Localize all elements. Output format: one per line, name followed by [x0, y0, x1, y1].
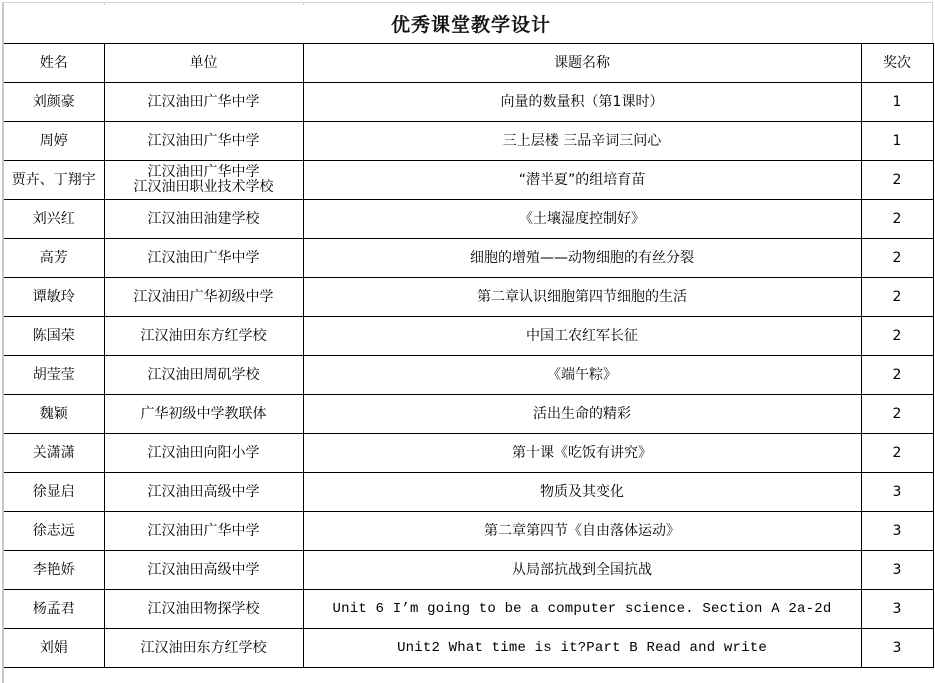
cell-unit[interactable]: 江汉油田油建学校 — [104, 200, 303, 239]
cell-unit[interactable]: 江汉油田广华中学 — [104, 239, 303, 278]
cell-unit[interactable]: 江汉油田广华中学江汉油田职业技术学校 — [104, 161, 303, 200]
cell-name[interactable]: 刘颜豪 — [4, 83, 104, 122]
header-topic[interactable]: 课题名称 — [303, 44, 861, 83]
cell-name[interactable]: 周婷 — [4, 122, 104, 161]
unit-line: 江汉油田广华中学 — [148, 133, 260, 149]
unit-line: 江汉油田广华中学 — [148, 94, 260, 110]
cell-topic[interactable]: Unit 6 I’m going to be a computer scienc… — [303, 590, 861, 629]
cell-name[interactable]: 高芳 — [4, 239, 104, 278]
cell-award[interactable]: 2 — [861, 239, 933, 278]
table-row: 关潇潇江汉油田向阳小学第十课《吃饭有讲究》2 — [4, 434, 933, 473]
cell-name[interactable]: 刘兴红 — [4, 200, 104, 239]
header-award[interactable]: 奖次 — [861, 44, 933, 83]
table-body: 刘颜豪江汉油田广华中学向量的数量积（第1课时）1周婷江汉油田广华中学三上层楼 三… — [4, 83, 933, 668]
table-row: 谭敏玲江汉油田广华初级中学第二章认识细胞第四节细胞的生活2 — [4, 278, 933, 317]
cell-award[interactable]: 2 — [861, 317, 933, 356]
cell-topic[interactable]: “潜半夏”的组培育苗 — [303, 161, 861, 200]
cell-name[interactable]: 谭敏玲 — [4, 278, 104, 317]
table-row: 李艳娇江汉油田高级中学从局部抗战到全国抗战3 — [4, 551, 933, 590]
page-title: 优秀课堂教学设计 — [391, 10, 551, 37]
cell-topic[interactable]: 第二章第四节《自由落体运动》 — [303, 512, 861, 551]
cell-topic[interactable]: 细胞的增殖——动物细胞的有丝分裂 — [303, 239, 861, 278]
header-name[interactable]: 姓名 — [4, 44, 104, 83]
cell-award[interactable]: 3 — [861, 629, 933, 668]
cell-award[interactable]: 3 — [861, 551, 933, 590]
cell-unit[interactable]: 江汉油田高级中学 — [104, 473, 303, 512]
cell-topic[interactable]: 中国工农红军长征 — [303, 317, 861, 356]
cell-unit[interactable]: 江汉油田广华中学 — [104, 83, 303, 122]
cell-unit[interactable]: 江汉油田广华初级中学 — [104, 278, 303, 317]
cell-unit[interactable]: 江汉油田东方红学校 — [104, 317, 303, 356]
table-row: 刘兴红江汉油田油建学校《土壤湿度控制好》2 — [4, 200, 933, 239]
unit-line: 江汉油田广华中学 — [148, 523, 260, 539]
spreadsheet: 优秀课堂教学设计 姓名 单位 课题名称 奖次 刘颜豪江汉油田广华中学向量的数量积… — [2, 2, 933, 683]
unit-line: 江汉油田向阳小学 — [148, 445, 260, 461]
table-row: 刘娟江汉油田东方红学校Unit2 What time is it?Part B … — [4, 629, 933, 668]
cell-topic[interactable]: 第二章认识细胞第四节细胞的生活 — [303, 278, 861, 317]
unit-line: 广华初级中学教联体 — [141, 406, 267, 422]
cell-award[interactable]: 2 — [861, 434, 933, 473]
unit-line: 江汉油田广华中学 — [148, 250, 260, 266]
table-row: 胡莹莹江汉油田周矶学校《端午粽》2 — [4, 356, 933, 395]
cell-award[interactable]: 2 — [861, 278, 933, 317]
unit-line: 江汉油田广华中学 — [105, 165, 303, 180]
cell-name[interactable]: 李艳娇 — [4, 551, 104, 590]
cell-name[interactable]: 杨孟君 — [4, 590, 104, 629]
table-row: 高芳江汉油田广华中学细胞的增殖——动物细胞的有丝分裂2 — [4, 239, 933, 278]
cell-topic[interactable]: 物质及其变化 — [303, 473, 861, 512]
cell-award[interactable]: 3 — [861, 512, 933, 551]
cell-unit[interactable]: 江汉油田周矶学校 — [104, 356, 303, 395]
cell-topic[interactable]: 《土壤湿度控制好》 — [303, 200, 861, 239]
title-cell[interactable]: 优秀课堂教学设计 — [4, 3, 933, 43]
table-row: 贾卉、丁翔宇江汉油田广华中学江汉油田职业技术学校“潜半夏”的组培育苗2 — [4, 161, 933, 200]
unit-line: 江汉油田广华初级中学 — [134, 289, 274, 305]
cell-topic[interactable]: 从局部抗战到全国抗战 — [303, 551, 861, 590]
cell-name[interactable]: 徐显启 — [4, 473, 104, 512]
unit-line: 江汉油田周矶学校 — [148, 367, 260, 383]
table-row: 杨孟君江汉油田物探学校Unit 6 I’m going to be a comp… — [4, 590, 933, 629]
cell-topic[interactable]: 向量的数量积（第1课时） — [303, 83, 861, 122]
cell-unit[interactable]: 江汉油田高级中学 — [104, 551, 303, 590]
table-row: 刘颜豪江汉油田广华中学向量的数量积（第1课时）1 — [4, 83, 933, 122]
cell-name[interactable]: 胡莹莹 — [4, 356, 104, 395]
unit-line: 江汉油田油建学校 — [148, 211, 260, 227]
cell-award[interactable]: 3 — [861, 473, 933, 512]
cell-unit[interactable]: 江汉油田广华中学 — [104, 512, 303, 551]
cell-award[interactable]: 1 — [861, 83, 933, 122]
cell-unit[interactable]: 江汉油田东方红学校 — [104, 629, 303, 668]
cell-unit[interactable]: 江汉油田向阳小学 — [104, 434, 303, 473]
cell-award[interactable]: 2 — [861, 356, 933, 395]
cell-award[interactable]: 2 — [861, 395, 933, 434]
table-row: 周婷江汉油田广华中学三上层楼 三品辛词三问心1 — [4, 122, 933, 161]
table-row: 徐显启江汉油田高级中学物质及其变化3 — [4, 473, 933, 512]
header-row: 姓名 单位 课题名称 奖次 — [4, 44, 933, 83]
cell-unit[interactable]: 江汉油田物探学校 — [104, 590, 303, 629]
unit-line: 江汉油田东方红学校 — [141, 328, 267, 344]
cell-name[interactable]: 关潇潇 — [4, 434, 104, 473]
cell-award[interactable]: 2 — [861, 200, 933, 239]
table-row: 徐志远江汉油田广华中学第二章第四节《自由落体运动》3 — [4, 512, 933, 551]
awards-table: 姓名 单位 课题名称 奖次 刘颜豪江汉油田广华中学向量的数量积（第1课时）1周婷… — [4, 43, 934, 668]
cell-topic[interactable]: 活出生命的精彩 — [303, 395, 861, 434]
cell-award[interactable]: 3 — [861, 590, 933, 629]
cell-unit[interactable]: 江汉油田广华中学 — [104, 122, 303, 161]
cell-name[interactable]: 贾卉、丁翔宇 — [4, 161, 104, 200]
cell-topic[interactable]: 三上层楼 三品辛词三问心 — [303, 122, 861, 161]
table-row: 魏颖广华初级中学教联体活出生命的精彩2 — [4, 395, 933, 434]
cell-topic[interactable]: Unit2 What time is it?Part B Read and wr… — [303, 629, 861, 668]
unit-line: 江汉油田高级中学 — [148, 562, 260, 578]
cell-name[interactable]: 陈国荣 — [4, 317, 104, 356]
table-row: 陈国荣江汉油田东方红学校中国工农红军长征2 — [4, 317, 933, 356]
unit-line: 江汉油田物探学校 — [148, 601, 260, 617]
cell-topic[interactable]: 《端午粽》 — [303, 356, 861, 395]
cell-award[interactable]: 2 — [861, 161, 933, 200]
cell-name[interactable]: 魏颖 — [4, 395, 104, 434]
cell-name[interactable]: 徐志远 — [4, 512, 104, 551]
cell-award[interactable]: 1 — [861, 122, 933, 161]
unit-line: 江汉油田职业技术学校 — [105, 180, 303, 195]
header-unit[interactable]: 单位 — [104, 44, 303, 83]
cell-topic[interactable]: 第十课《吃饭有讲究》 — [303, 434, 861, 473]
unit-line: 江汉油田高级中学 — [148, 484, 260, 500]
unit-line: 江汉油田东方红学校 — [141, 640, 267, 656]
cell-unit[interactable]: 广华初级中学教联体 — [104, 395, 303, 434]
cell-name[interactable]: 刘娟 — [4, 629, 104, 668]
